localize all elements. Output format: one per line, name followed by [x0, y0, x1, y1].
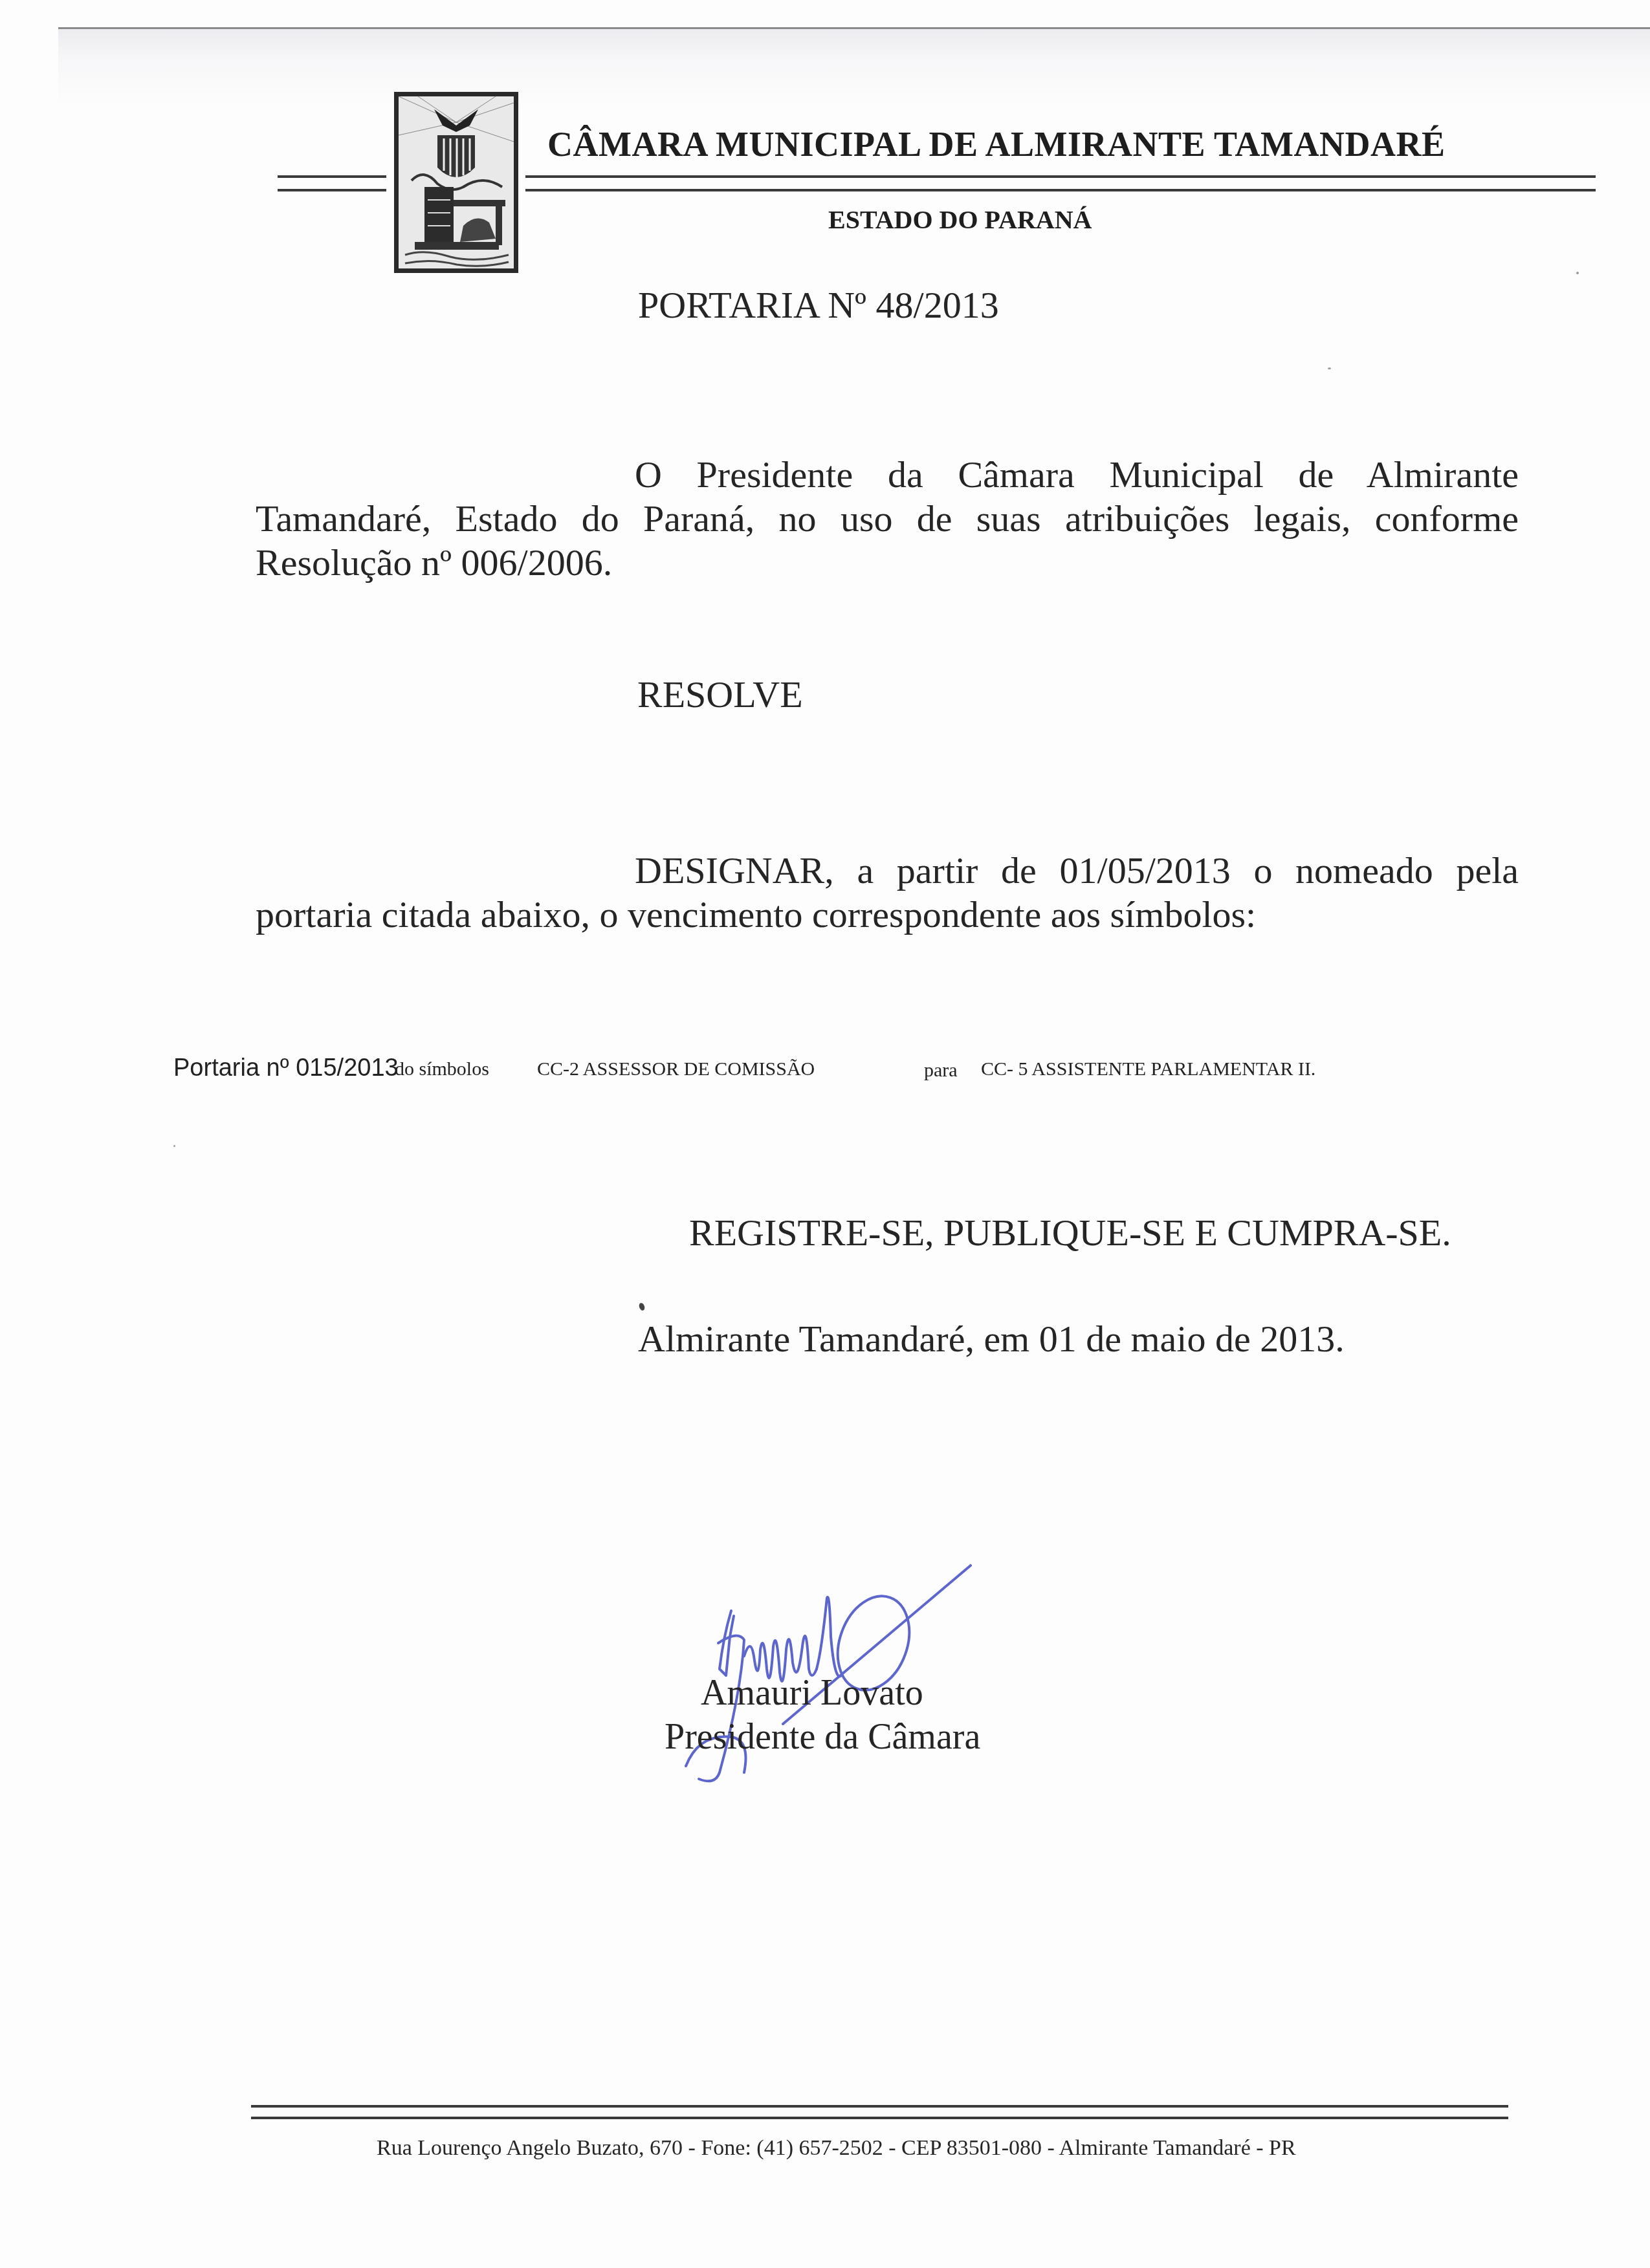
scan-speck [1328, 367, 1331, 369]
scan-edge [58, 27, 1650, 107]
institution-name: CÂMARA MUNICIPAL DE ALMIRANTE TAMANDARÉ [547, 124, 1446, 164]
closing-formula: REGISTRE-SE, PUBLIQUE-SE E CUMPRA-SE. [689, 1211, 1451, 1254]
to-label: para [924, 1060, 958, 1082]
from-symbol: CC-2 ASSESSOR DE COMISSÃO [537, 1058, 815, 1080]
state-name: ESTADO DO PARANÁ [828, 204, 1092, 235]
footer-rule-bottom [251, 2117, 1508, 2119]
preamble-line-2: Tamandaré, Estado do Paraná, no uso de s… [256, 497, 1519, 541]
signatory-role: Presidente da Câmara [665, 1716, 980, 1758]
portaria-reference: Portaria nº 015/2013 [173, 1054, 399, 1082]
footer-rule-top [251, 2105, 1508, 2108]
header-rule-left-top [278, 175, 386, 178]
ink-speck [638, 1302, 646, 1311]
resolve-heading: RESOLVE [637, 673, 803, 716]
header-rule-right-top [525, 175, 1596, 178]
header-rule-left-bottom [278, 189, 386, 191]
preamble-paragraph: O Presidente da Câmara Municipal de Almi… [256, 453, 1519, 585]
document-title: PORTARIA Nº 48/2013 [638, 283, 999, 327]
designation-line-1: DESIGNAR, a partir de 01/05/2013 o nomea… [256, 849, 1519, 893]
header-rule-right-bottom [525, 189, 1596, 191]
scan-speck [1576, 272, 1579, 274]
scan-speck [173, 1145, 175, 1147]
preamble-line-3: Resolução nº 006/2006. [256, 541, 1519, 585]
coat-of-arms-icon [394, 92, 518, 273]
signatory-name: Amauri Lovato [701, 1672, 923, 1714]
preamble-line-1: O Presidente da Câmara Municipal de Almi… [256, 453, 1519, 497]
place-and-date: Almirante Tamandaré, em 01 de maio de 20… [638, 1317, 1345, 1360]
from-label: do símbolos [395, 1058, 489, 1080]
footer-address: Rua Lourenço Angelo Buzato, 670 - Fone: … [377, 2136, 1296, 2161]
designation-paragraph: DESIGNAR, a partir de 01/05/2013 o nomea… [256, 849, 1519, 937]
to-symbol: CC- 5 ASSISTENTE PARLAMENTAR II. [981, 1058, 1315, 1080]
designation-line-2: portaria citada abaixo, o vencimento cor… [256, 893, 1519, 937]
